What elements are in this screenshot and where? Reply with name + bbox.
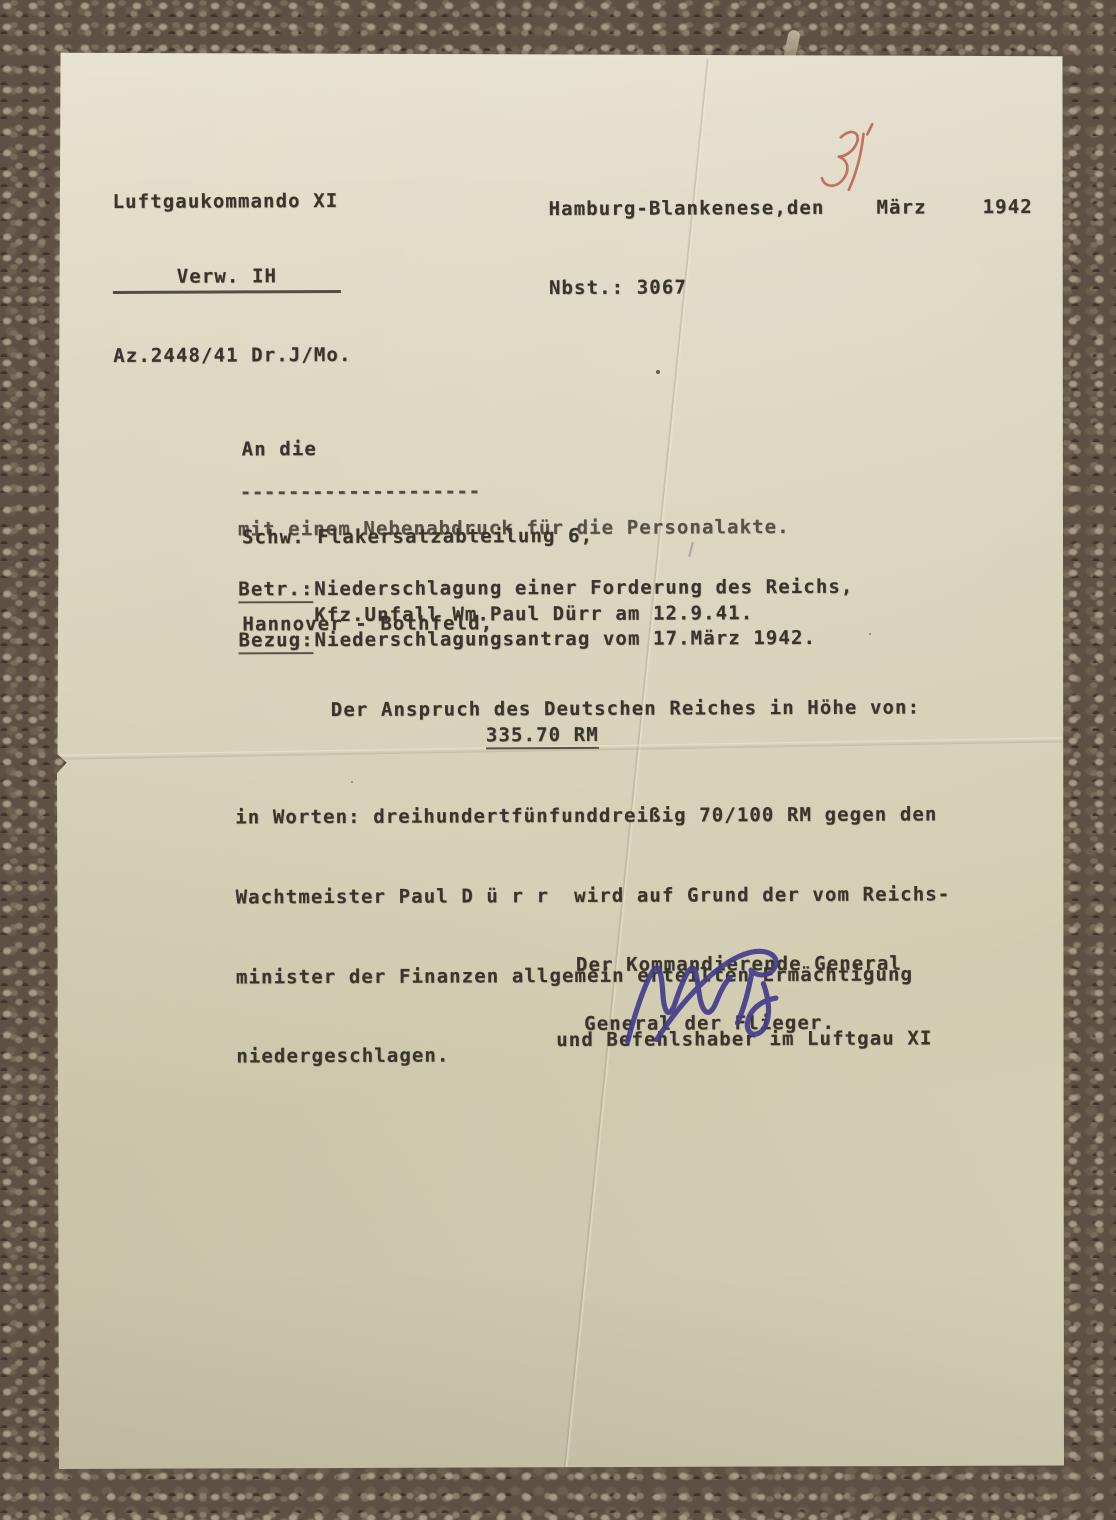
body-line: in Worten: dreihundertfünfunddreißig 70/…: [235, 800, 950, 833]
dateline-row: Hamburg-Blankenese,denMärz1942: [549, 195, 1033, 222]
subject-text: Niederschlagung einer Forderung des Reic…: [314, 575, 853, 602]
signature-blue-ink: [619, 938, 827, 1052]
body-intro: Der Anspruch des Deutschen Reiches in Hö…: [331, 695, 920, 723]
claim-amount: 335.70 RM: [486, 723, 599, 748]
subject-label: Betr.:: [238, 577, 313, 602]
letter-paper: Luftgaukommando XI Verw. IH Az.2448/41 D…: [57, 52, 1064, 1469]
place-and-date: Hamburg-Blankenese,den: [549, 197, 825, 220]
photo-of-document: { "document": { "sender": { "line1": "Lu…: [0, 0, 1116, 1520]
typewritten-layer: Luftgaukommando XI Verw. IH Az.2448/41 D…: [54, 50, 1067, 1471]
phone-extension: Nbst.: 3067: [549, 274, 1033, 301]
sender-block: Luftgaukommando XI Verw. IH Az.2448/41 D…: [112, 139, 341, 419]
handwritten-day-red-ink: [811, 115, 878, 209]
sender-department: Verw. IH: [113, 264, 341, 294]
sender-file-number: Az.2448/41 Dr.J/Mo.: [113, 343, 341, 369]
recipient-salutation: An die: [242, 430, 593, 469]
subject-text-line2: Kfz.Unfall Wm.Paul Dürr am 12.9.41.: [314, 601, 753, 628]
reference-text: Niederschlagungsantrag vom 17.März 1942.: [314, 626, 816, 653]
reference-label: Bezug:: [238, 628, 313, 653]
date-month: März: [876, 196, 926, 218]
sender-unit: Luftgaukommando XI: [113, 189, 341, 215]
copy-note: mit einem Nebenabdruck für die Personala…: [238, 515, 790, 542]
dateline-block: Hamburg-Blankenese,denMärz1942 Nbst.: 30…: [548, 145, 1033, 351]
recipient-underline-dashes: --------------------: [240, 479, 481, 505]
date-year: 1942: [983, 196, 1033, 218]
